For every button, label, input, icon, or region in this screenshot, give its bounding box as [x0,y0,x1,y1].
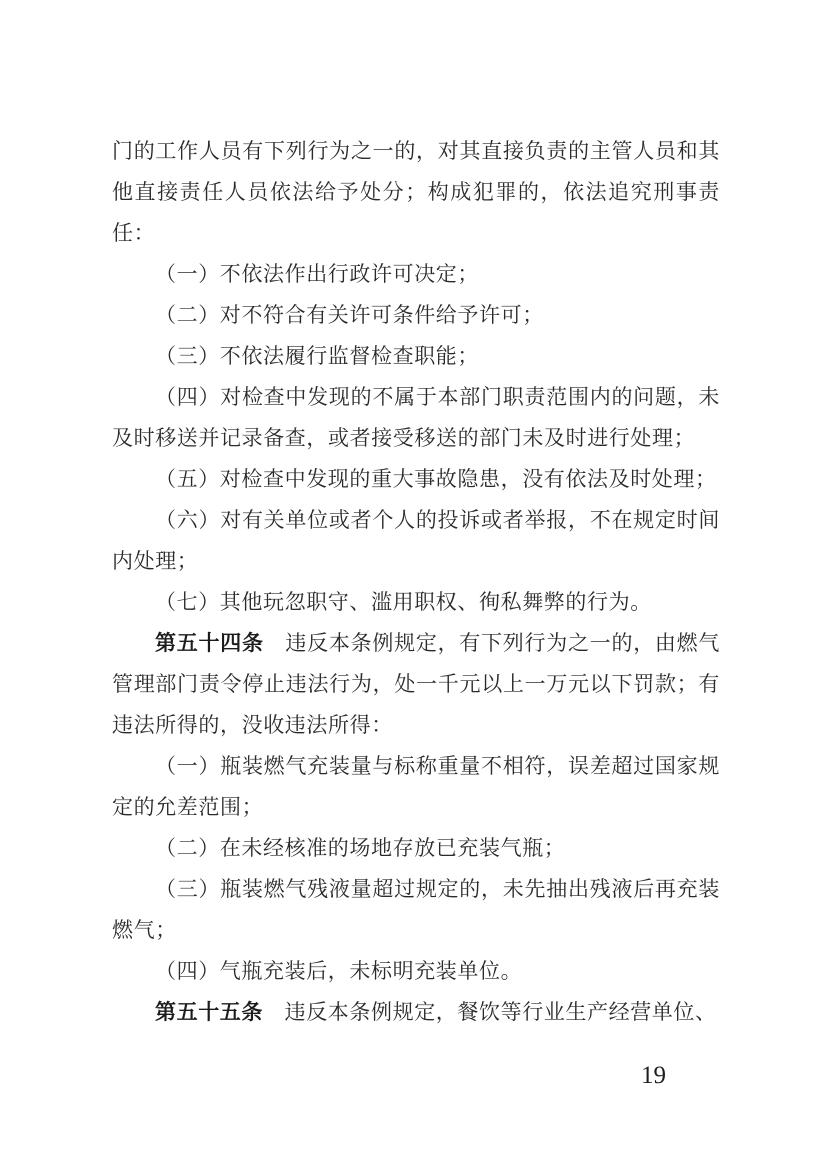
paragraph-text: （一）不依法作出行政许可决定； [155,262,479,286]
paragraph: （四）对检查中发现的不属于本部门职责范围内的问题，未及时移送并记录备查，或者接受… [112,377,720,459]
paragraph-text: 违反本条例规定，餐饮等行业生产经营单位、 [263,1000,717,1024]
paragraph-text: （四）对检查中发现的不属于本部门职责范围内的问题，未及时移送并记录备查，或者接受… [112,385,720,450]
paragraph-text: （一）瓶装燃气充装量与标称重量不相符，误差超过国家规定的允差范围； [112,754,720,819]
paragraph: （五）对检查中发现的重大事故隐患，没有依法及时处理； [112,459,720,500]
document-page: 门的工作人员有下列行为之一的，对其直接负责的主管人员和其他直接责任人员依法给予处… [0,0,826,1169]
paragraph-text: （七）其他玩忽职守、滥用职权、徇私舞弊的行为。 [155,590,652,614]
paragraph-text: （四）气瓶充装后，未标明充装单位。 [155,959,522,983]
paragraph: 第五十四条 违反本条例规定，有下列行为之一的，由燃气管理部门责令停止违法行为，处… [112,623,720,746]
paragraph: （七）其他玩忽职守、滥用职权、徇私舞弊的行为。 [112,582,720,623]
paragraph: 第五十五条 违反本条例规定，餐饮等行业生产经营单位、 [112,992,720,1033]
paragraph-text: （六）对有关单位或者个人的投诉或者举报，不在规定时间内处理； [112,508,720,573]
paragraph: （三）不依法履行监督检查职能； [112,336,720,377]
paragraph: （二）在未经核准的场地存放已充装气瓶； [112,828,720,869]
paragraph: 门的工作人员有下列行为之一的，对其直接负责的主管人员和其他直接责任人员依法给予处… [112,131,720,254]
paragraph: （一）不依法作出行政许可决定； [112,254,720,295]
paragraph-text: （二）对不符合有关许可条件给予许可； [155,303,544,327]
paragraph: （一）瓶装燃气充装量与标称重量不相符，误差超过国家规定的允差范围； [112,746,720,828]
paragraph-text: （二）在未经核准的场地存放已充装气瓶； [155,836,565,860]
page-number: 19 [641,1060,666,1092]
article-number: 第五十五条 [155,1000,263,1024]
document-content: 门的工作人员有下列行为之一的，对其直接负责的主管人员和其他直接责任人员依法给予处… [112,131,720,1033]
paragraph: （三）瓶装燃气残液量超过规定的，未先抽出残液后再充装燃气； [112,869,720,951]
paragraph-text: 门的工作人员有下列行为之一的，对其直接负责的主管人员和其他直接责任人员依法给予处… [112,139,720,245]
paragraph-text: （五）对检查中发现的重大事故隐患，没有依法及时处理； [155,467,717,491]
article-number: 第五十四条 [155,631,264,655]
paragraph: （二）对不符合有关许可条件给予许可； [112,295,720,336]
paragraph: （四）气瓶充装后，未标明充装单位。 [112,951,720,992]
paragraph: （六）对有关单位或者个人的投诉或者举报，不在规定时间内处理； [112,500,720,582]
paragraph-text: （三）不依法履行监督检查职能； [155,344,479,368]
paragraph-text: （三）瓶装燃气残液量超过规定的，未先抽出残液后再充装燃气； [112,877,720,942]
